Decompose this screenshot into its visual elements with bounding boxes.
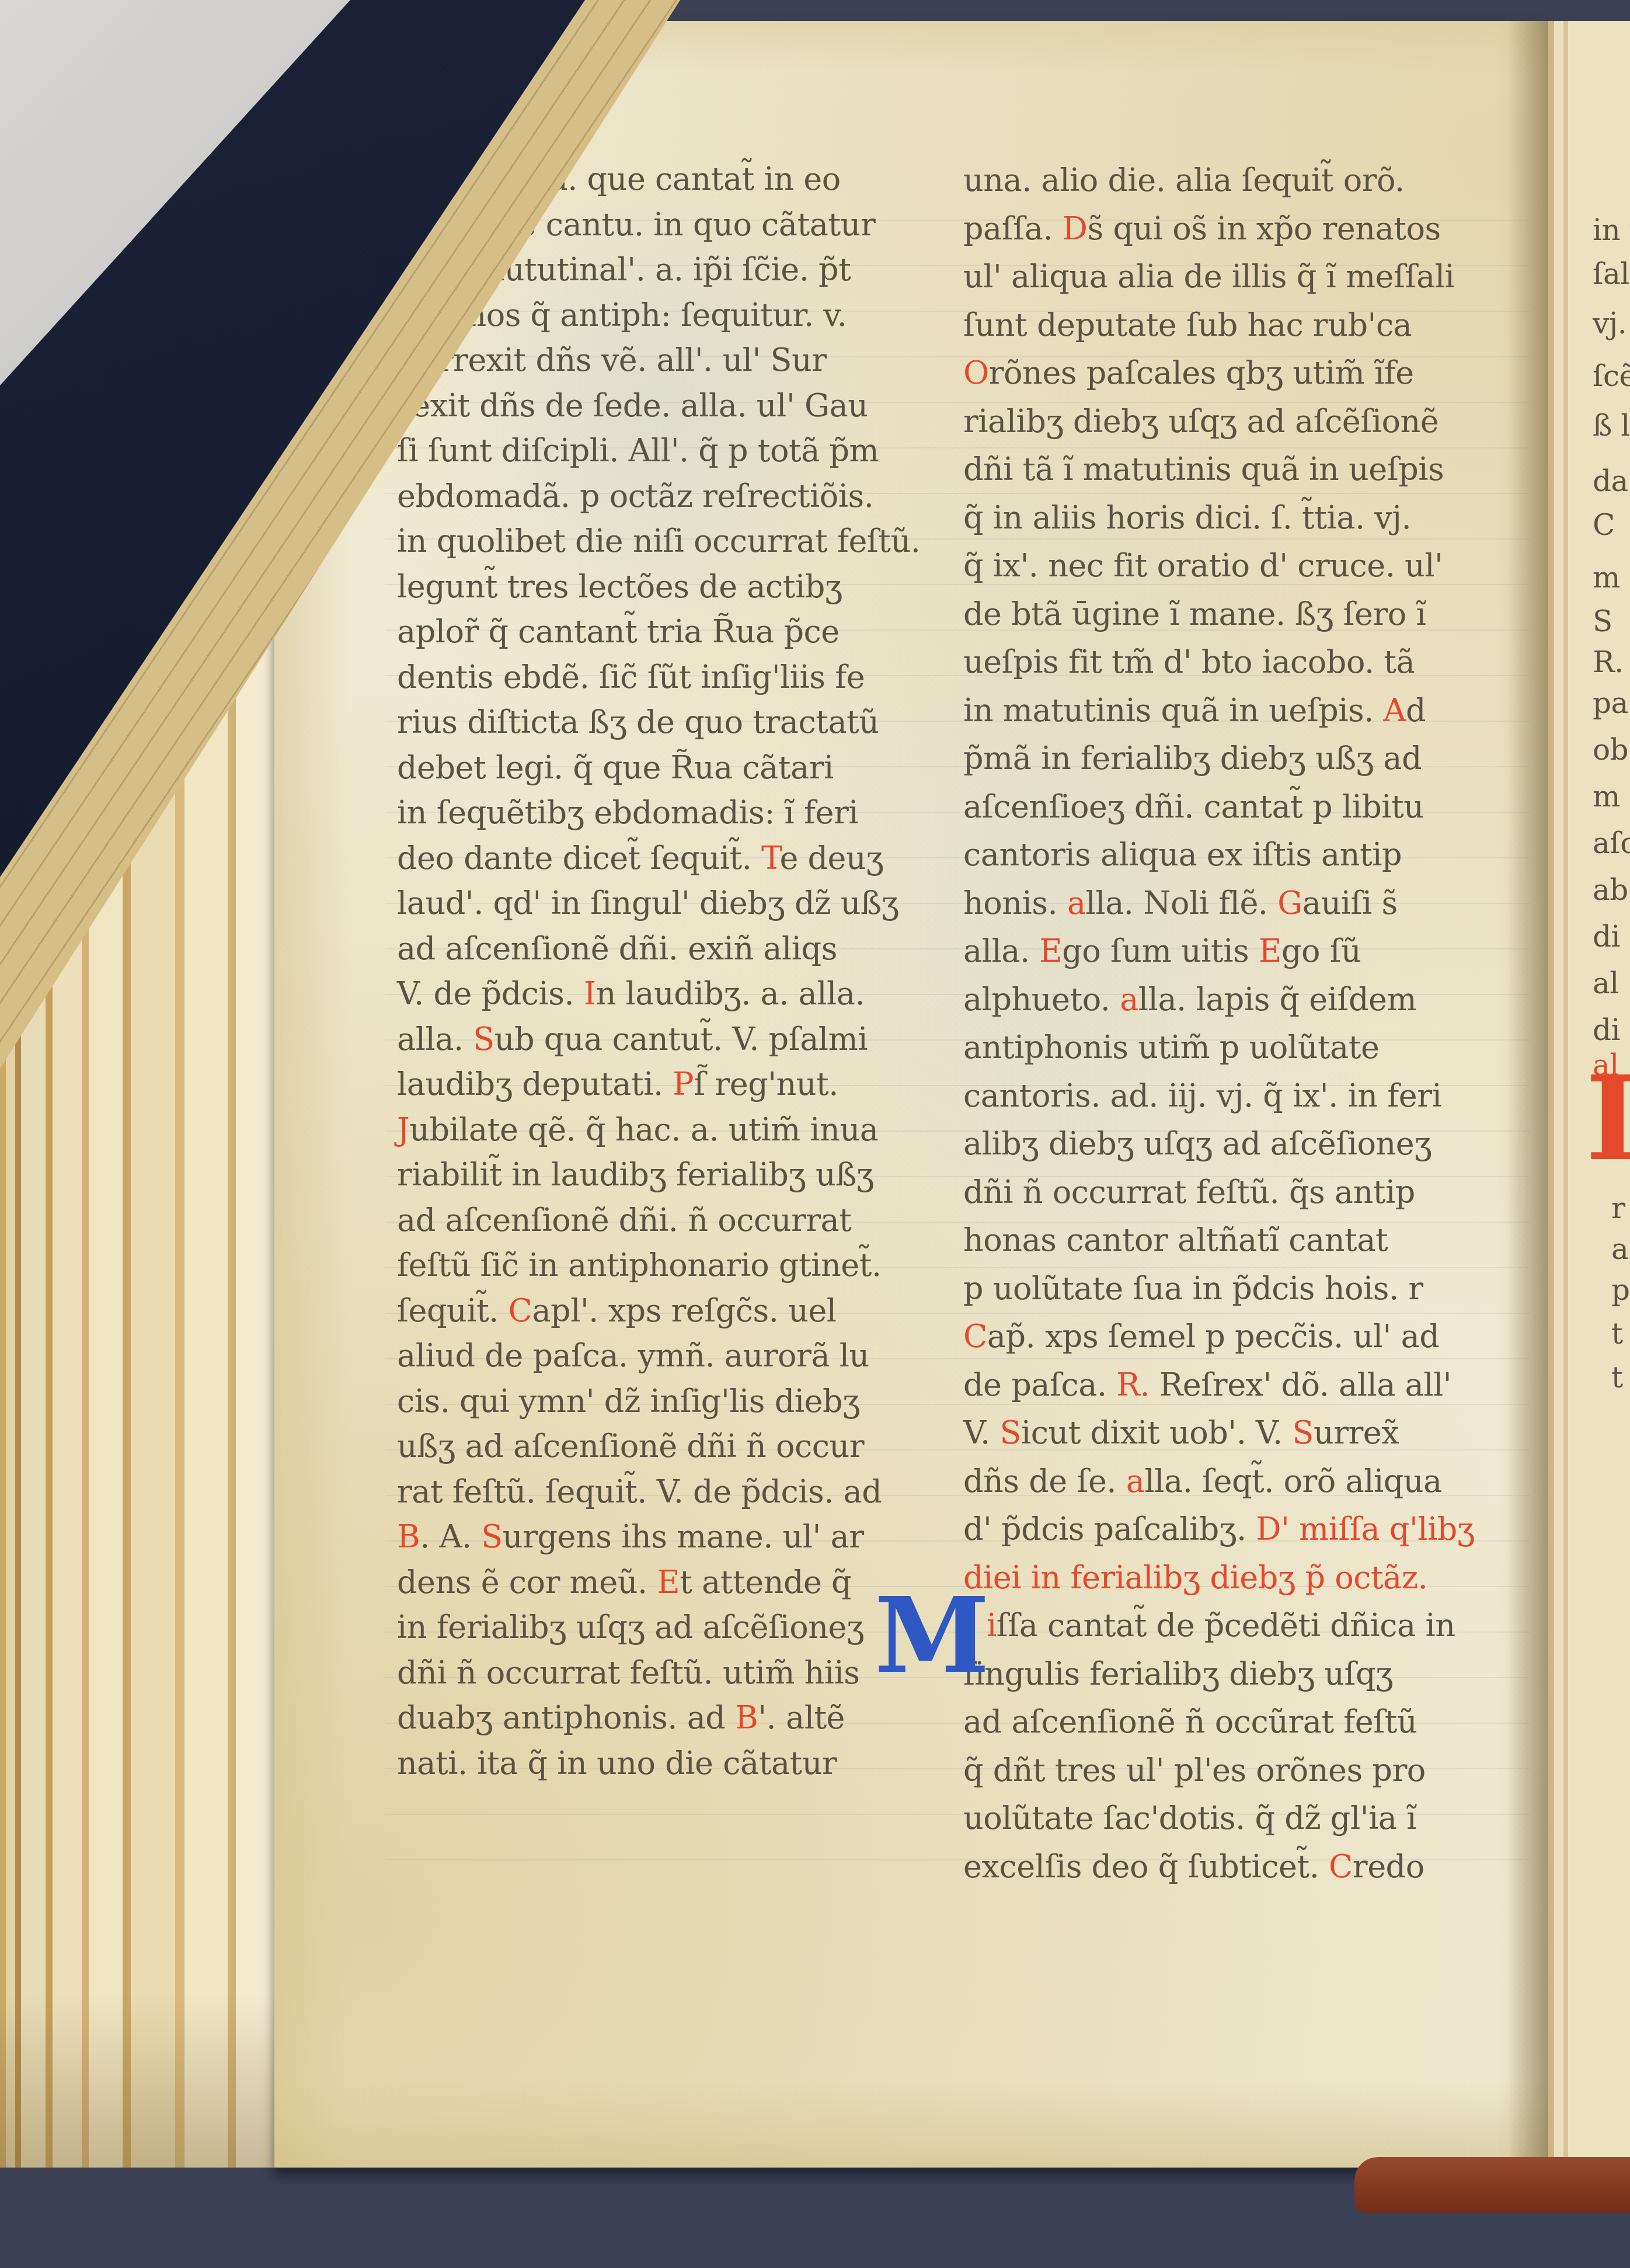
body-text: dens ẽ cor meũ. [397,1564,657,1601]
rubricated-text: diei in ferialibʒ diebʒ p̃ octãz. [963,1559,1427,1596]
body-text: deo dante dicet̃ ſequit̃. [397,840,761,876]
body-text: go ſum uitis [1062,933,1259,969]
text-line: aliud de paſca. ymñ. aurorã lu [397,1333,905,1379]
rubricated-text: a [1120,981,1138,1018]
rubricated-text: J [397,1111,409,1148]
text-line: d' p̃dcis paſcalibʒ. D' miſſa q'libʒ [963,1505,1518,1554]
text-line: p uolũtate ſua in p̃dcis hois. r [963,1265,1518,1313]
body-text: aſcenſioeʒ dñi. cantat̃ p libitu [963,788,1424,825]
rubricated-text: G [1277,885,1302,921]
text-line: ad aſcenſionẽ dñi. exiñ aliqs [397,926,905,972]
text-line: ſequit̃. Capl'. xps reſgc̃s. uel [397,1288,905,1334]
body-text: de paſca. [963,1366,1116,1403]
text-line: in ſequẽtibʒ ebdomadis: ĩ feri [397,790,905,836]
body-text: '. altẽ [758,1699,845,1736]
body-text: riabilit̃ in laudibʒ ferialibʒ ußʒ [397,1156,874,1193]
body-text: lla. ſeqt̃. orõ aliqua [1144,1463,1441,1500]
text-line: dens ẽ cor meũ. Et attende q̃ [397,1560,905,1605]
rubricated-text: S [481,1518,503,1555]
rubricated-text: E [1259,933,1281,969]
cut-off-text-fragment: al [1593,1048,1619,1082]
rubricated-text: S [1292,1414,1314,1451]
body-text: ul' aliqua alia de illis q̃ ĩ meſſali [963,258,1454,295]
body-text: urgens ihs mane. ul' ar [503,1518,864,1555]
illuminated-initial-m: M [875,1586,990,1685]
body-text: duabʒ antiphonis. ad [397,1699,735,1736]
body-text: ebdomadã. p octãz reſrectiõis. [397,478,874,514]
cut-off-text-fragment: al [1593,966,1619,1000]
text-line: q̃ in aliis horis dici. ſ. t̃tia. vj. [963,494,1518,542]
body-text: in ſequẽtibʒ ebdomadis: ĩ feri [397,794,858,831]
rubricated-text: S [473,1021,494,1058]
text-line: ußʒ ad aſcenſionẽ dñi ñ occur [397,1424,905,1469]
text-line: rius diſticta ßʒ de quo tractatũ [397,700,905,745]
red-initial-facing-page: I [1586,1066,1630,1171]
body-text: auiſi s̃ [1302,885,1398,921]
cut-off-text-fragment: ob [1593,733,1628,767]
body-text: antiphonis utim̃ p uolũtate [963,1029,1379,1066]
rubricated-text: C [508,1292,532,1329]
manuscript-photo: { "scene": { "background_color": "#3b405… [0,0,1630,2268]
body-text: dñi ñ occurrat feſtũ. q̃s antip [963,1174,1415,1210]
body-text: q̃ dñt tres ul' pl'es orõnes pro [963,1752,1426,1789]
body-text: aplor̃ q̃ cantant̃ tria R̃ua p̃ce [397,613,840,650]
cut-off-text-fragment: di [1593,920,1620,954]
body-text: d' p̃dcis paſcalibʒ. [963,1511,1256,1547]
text-line: excelſis deo q̃ ſubticet̃. Credo [963,1843,1518,1891]
body-text: ſ̃ reg'nut. [694,1066,838,1102]
text-line: iſſa cantat̃ de p̃cedẽti dñica in [963,1602,1518,1650]
text-line: alla. Sub qua cantut̃. V. pſalmi [397,1017,905,1062]
body-text: alla. [963,933,1039,969]
body-text: nati. ita q̃ in uno die cãtatur [397,1745,837,1782]
text-line: laudibʒ deputati. Pſ̃ reg'nut. [397,1062,905,1107]
body-text: aliud de paſca. ymñ. aurorã lu [397,1337,869,1374]
text-line: alphueto. alla. lapis q̃ eiſdem [963,976,1518,1024]
text-line: ſingulis ferialibʒ diebʒ uſqʒ [963,1650,1518,1699]
body-text: t attende q̃ [680,1564,851,1601]
body-text: debet legi. q̃ que R̃ua cãtari [397,749,834,786]
body-text: uolũtate ſac'dotis. q̃ dz̃ gl'ia ĩ [963,1800,1416,1836]
text-column-right: una. alio die. alia ſequit̃ orõ.paſſa. D… [963,156,1518,1891]
body-text: ußʒ ad aſcenſionẽ dñi ñ occur [397,1428,864,1465]
body-text: ſi ſunt diſcipli. All'. q̃ p totã p̃m [397,432,879,469]
body-text: dñi ñ occurrat feſtũ. utim̃ hiis [397,1654,860,1691]
text-line: in ferialibʒ uſqʒ ad aſcẽſioneʒ [397,1605,905,1650]
body-text: honis. [963,885,1067,921]
text-line: diei in ferialibʒ diebʒ p̃ octãz. [963,1554,1518,1602]
text-line: dñi ñ occurrat feſtũ. q̃s antip [963,1168,1518,1217]
cut-off-text-fragment: S [1593,604,1612,638]
body-text: d [1406,692,1426,729]
text-line: Cap̃. xps ſemel p pecc̃is. ul' ad [963,1313,1518,1361]
text-line: ſi ſunt diſcipli. All'. q̃ p totã p̃m [397,428,905,474]
rubricated-text: D [1063,210,1088,247]
text-line: alibʒ diebʒ uſqʒ ad aſcẽſioneʒ [963,1120,1518,1168]
cut-off-text-fragment: ſcẽ [1593,359,1630,393]
body-text: lla. lapis q̃ eiſdem [1138,981,1416,1018]
body-text: ad aſcenſionẽ dñi. ñ occurrat [397,1202,851,1239]
rubricated-text: E [1039,933,1062,969]
text-line: ebdomadã. p octãz reſrectiõis. [397,474,905,519]
text-line: paſſa. Ds̃ qui os̃ in xp̃o renatos [963,205,1518,253]
cut-off-text-fragment: pa [1593,686,1628,720]
body-text: q̃ ix'. nec fit oratio d' cruce. ul' [963,547,1443,584]
cut-off-text-fragment: in u [1593,213,1630,247]
text-line: alla. Ego ſum uitis Ego ſũ [963,927,1518,976]
text-line: honis. alla. Noli flẽ. Gauiſi s̃ [963,879,1518,928]
text-line: una. alio die. alia ſequit̃ orõ. [963,156,1518,205]
text-line: Orõnes paſcales qbʒ utim̃ ĩfe [963,349,1518,398]
text-line: dñi tã ĩ matutinis quã in ueſpis [963,446,1518,494]
text-line: aplor̃ q̃ cantant̃ tria R̃ua p̃ce [397,609,905,655]
text-line: V. Sicut dixit uob'. V. Surrex̃ [963,1409,1518,1457]
cut-off-text-fragment: vj. [1593,307,1626,340]
text-line: legunt̃ tres lectões de actibʒ [397,564,905,610]
text-line: in quolibet die niſi occurrat feſtũ. [397,519,905,564]
rubricated-text: C [963,1318,987,1355]
body-text: ubilate qẽ. q̃ hac. a. utim̃ inua [409,1111,878,1148]
cut-off-text-fragment: p [1611,1273,1630,1307]
text-line: laud'. qd' in ſingul' diebʒ dz̃ ußʒ [397,881,905,926]
text-line: q̃ dñt tres ul' pl'es orõnes pro [963,1747,1518,1795]
body-text: ub qua cantut̃. V. pſalmi [494,1021,868,1058]
rubricated-text: D' miſſa q'libʒ [1256,1511,1475,1547]
body-text: urrex̃ [1314,1414,1399,1451]
leather-binding-edge [1354,2157,1630,2213]
text-line: honas cantor altñatĩ cantat [963,1216,1518,1265]
text-line: rexit dñs de ſede. alla. ul' Gau [397,383,905,429]
body-text: excelſis deo q̃ ſubticet̃. [963,1848,1329,1885]
text-column-left: a. alla. alla. que cantat̃ in eotono ſiu… [397,156,905,1786]
body-text: ueſpis fit tm̃ d' bto iacobo. tã [963,643,1415,680]
text-line: debet legi. q̃ que R̃ua cãtari [397,745,905,791]
body-text: redo [1353,1848,1424,1885]
body-text: s̃ qui os̃ in xp̃o renatos [1088,210,1441,247]
body-text: cantoris aliqua ex iſtis antip [963,836,1402,873]
cut-off-text-fragment: m [1593,780,1620,813]
text-line: feſtũ ſic̃ in antiphonario gtinet̃. [397,1243,905,1288]
body-text: dñi tã ĩ matutinis quã in ueſpis [963,451,1444,488]
body-text: ſunt deputate ſub hac rub'ca [963,307,1412,343]
text-line: rat feſtũ. ſequit̃. V. de p̃dcis. ad [397,1469,905,1515]
text-line: de paſca. R. Reſrex' dõ. alla all' [963,1361,1518,1410]
cut-off-text-fragment: aſc [1593,826,1630,860]
body-text: laudibʒ deputati. [397,1066,673,1102]
cut-off-text-fragment: t [1611,1317,1623,1351]
text-line: dñs de ſe. alla. ſeqt̃. orõ aliqua [963,1457,1518,1506]
text-line: aſcenſioeʒ dñi. cantat̃ p libitu [963,783,1518,832]
text-line: rialibʒ diebʒ uſqʒ ad aſcẽſionẽ [963,398,1518,446]
body-text: rat feſtũ. ſequit̃. V. de p̃dcis. ad [397,1473,882,1510]
body-text: Reſrex' dõ. alla all' [1150,1366,1451,1403]
text-line: V. de p̃dcis. In laudibʒ. a. alla. [397,971,905,1017]
rubricated-text: O [963,354,989,391]
text-line: duabʒ antiphonis. ad B'. altẽ [397,1695,905,1741]
body-text: rialibʒ diebʒ uſqʒ ad aſcẽſionẽ [963,403,1439,440]
text-line: antiphonis utim̃ p uolũtate [963,1024,1518,1072]
body-text: icut dixit uob'. V. [1021,1414,1293,1451]
cut-off-text-fragment: di [1593,1013,1620,1047]
text-line: uolũtate ſac'dotis. q̃ dz̃ gl'ia ĩ [963,1794,1518,1843]
body-text: dentis ebdẽ. ſic̃ ſũt inſig'liis fe [397,659,865,695]
text-line: q̃ ix'. nec fit oratio d' cruce. ul' [963,542,1518,590]
body-text: ad aſcenſionẽ dñi. exiñ aliqs [397,930,837,967]
cut-off-text-fragment: r [1611,1191,1625,1225]
text-line: in matutinis quã in ueſpis. Ad [963,687,1518,735]
facing-page-edge: I in uſal'.vj.ſcẽß ldaCmSR.paobmaſcabdia… [1548,21,1630,2184]
body-text: feſtũ ſic̃ in antiphonario gtinet̃. [397,1247,882,1283]
text-line: cis. qui ymn' dz̃ inſig'lis diebʒ [397,1379,905,1424]
body-text: cantoris. ad. iij. vj. q̃ ix'. in feri [963,1077,1441,1114]
body-text: dñs de ſe. [963,1463,1126,1500]
body-text: go ſũ [1281,933,1361,969]
body-text: urrexit dñs vẽ. all'. ul' Sur [419,342,827,378]
body-text: apl'. xps reſgc̃s. uel [532,1292,836,1329]
text-line: cantoris aliqua ex iſtis antip [963,831,1518,879]
body-text: ap̃. xps ſemel p pecc̃is. ul' ad [987,1318,1439,1355]
body-text: V. de p̃dcis. [397,975,584,1012]
text-line: riabilit̃ in laudibʒ ferialibʒ ußʒ [397,1152,905,1198]
rubricated-text: I [584,975,596,1012]
body-text: alibʒ diebʒ uſqʒ ad aſcẽſioneʒ [963,1125,1432,1162]
rubricated-text: C [1329,1848,1353,1885]
rubricated-text: T [761,840,779,876]
body-text: ſſa cantat̃ de p̃cedẽti dñica in [997,1607,1455,1644]
body-text: rõnes paſcales qbʒ utim̃ ĩfe [989,354,1414,391]
body-text: alphueto. [963,981,1120,1018]
text-line: cantoris. ad. iij. vj. q̃ ix'. in feri [963,1072,1518,1121]
cut-off-text-fragment: a [1611,1232,1628,1266]
body-text: paſſa. [963,210,1063,247]
text-line: de btã ūgine ĩ mane. ßʒ ſero ĩ [963,590,1518,639]
text-line: dñi ñ occurrat feſtũ. utim̃ hiis [397,1650,905,1696]
body-text: honas cantor altñatĩ cantat [963,1222,1388,1258]
body-text: in matutinis quã in ueſpis. [963,692,1384,729]
cut-off-text-fragment: ab [1593,873,1628,907]
rubricated-text: a [1126,1463,1145,1500]
text-line: dentis ebdẽ. ſic̃ ſũt inſig'liis fe [397,655,905,700]
rubricated-text: E [657,1564,680,1601]
body-text: p uolũtate ſua in p̃dcis hois. r [963,1270,1423,1307]
rubricated-text: A [1384,692,1406,729]
text-line: p̃mã in ferialibʒ diebʒ ußʒ ad [963,735,1518,783]
body-text: una. alio die. alia ſequit̃ orõ. [963,162,1405,199]
text-line: ad aſcenſionẽ ñ occũrat feſtũ [963,1698,1518,1747]
text-line: deo dante dicet̃ ſequit̃. Te deuʒ [397,836,905,881]
body-text: n laudibʒ. a. alla. [596,975,865,1012]
text-line: ad aſcenſionẽ dñi. ñ occurrat [397,1198,905,1243]
rubricated-text: P [673,1066,694,1102]
rubricated-text: a [1067,885,1086,921]
body-text: . A. [420,1518,481,1555]
body-text: in quolibet die niſi occurrat feſtũ. [397,523,920,559]
cut-off-text-fragment: ß l [1593,409,1630,443]
cut-off-text-fragment: ſal'. [1593,257,1630,291]
rubricated-text: R. [1116,1366,1150,1403]
body-text: p̃mã in ferialibʒ diebʒ ußʒ ad [963,740,1422,777]
body-text: cis. qui ymn' dz̃ inſig'lis diebʒ [397,1383,860,1420]
cut-off-text-fragment: t [1611,1361,1623,1394]
text-line: nati. ita q̃ in uno die cãtatur [397,1741,905,1786]
cut-off-text-fragment: R. [1593,645,1624,679]
body-text: alla. [397,1021,473,1058]
text-line: Jubilate qẽ. q̃ hac. a. utim̃ inua [397,1107,905,1153]
cut-off-text-fragment: da [1593,464,1628,498]
body-text: laud'. qd' in ſingul' diebʒ dz̃ ußʒ [397,885,899,921]
cut-off-text-fragment: m [1593,561,1620,594]
body-text: in ferialibʒ uſqʒ ad aſcẽſioneʒ [397,1609,864,1646]
text-line: ueſpis fit tm̃ d' bto iacobo. tã [963,638,1518,687]
text-line: B. A. Surgens ihs mane. ul' ar [397,1514,905,1560]
text-line: ſunt deputate ſub hac rub'ca [963,301,1518,350]
body-text: ſequit̃. [397,1292,508,1329]
rubricated-text: B [397,1518,420,1555]
body-text: lla. Noli flẽ. [1086,885,1278,921]
cut-off-text-fragment: C [1593,508,1615,542]
body-text: V. [963,1414,999,1451]
body-text: rius diſticta ßʒ de quo tractatũ [397,704,879,740]
text-line: Surrexit dñs vẽ. all'. ul' Sur [397,338,905,383]
body-text: e deuʒ [779,840,883,876]
body-text: legunt̃ tres lectões de actibʒ [397,568,842,605]
rubricated-text: S [999,1414,1021,1451]
text-line: ul' aliqua alia de illis q̃ ĩ meſſali [963,253,1518,301]
body-text: rexit dñs de ſede. alla. ul' Gau [397,387,868,424]
body-text: de btã ūgine ĩ mane. ßʒ ſero ĩ [963,596,1426,632]
rubricated-text: B [735,1699,758,1736]
body-text: ſingulis ferialibʒ diebʒ uſqʒ [963,1655,1393,1692]
body-text: q̃ in aliis horis dici. ſ. t̃tia. vj. [963,499,1411,536]
body-text: ad aſcenſionẽ ñ occũrat feſtũ [963,1703,1417,1740]
